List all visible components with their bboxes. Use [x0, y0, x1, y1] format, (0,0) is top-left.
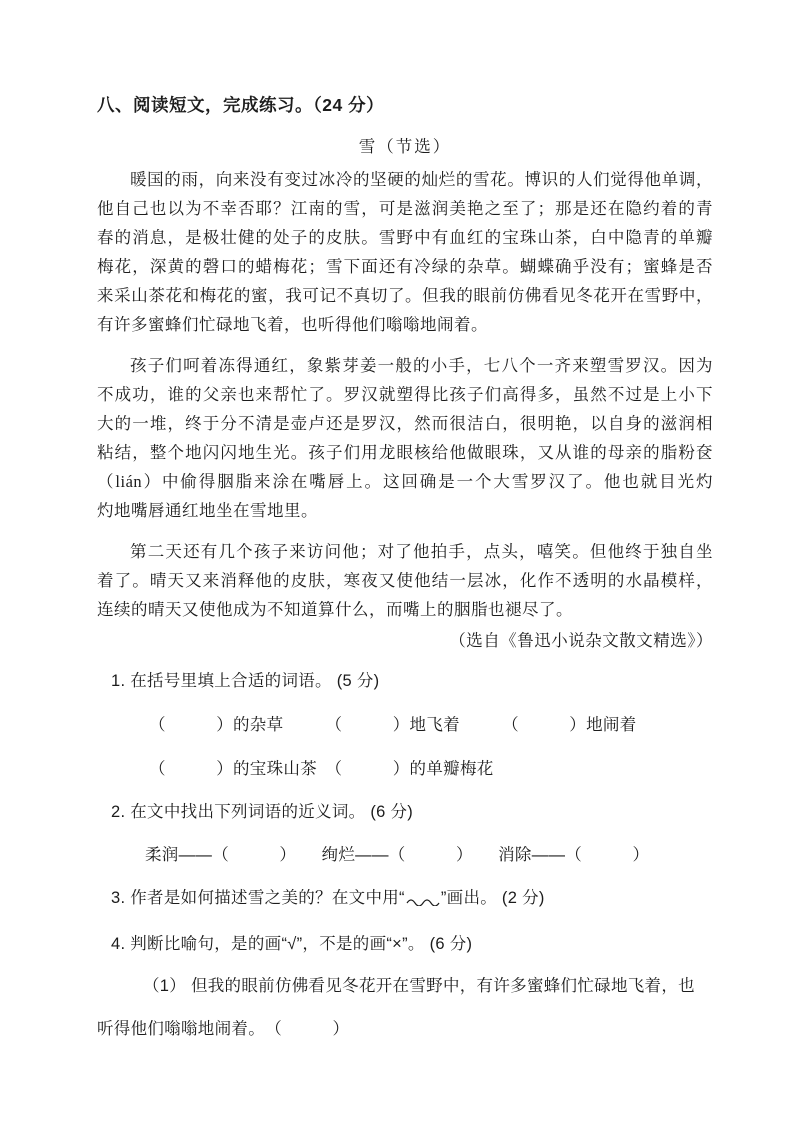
passage-line: 春的消息，是极壮健的处子的皮肤。雪野中有血红的宝珠山茶，白中隐青的单瓣	[97, 223, 713, 252]
passage-line: 大的一堆，终于分不清是壶卢还是罗汉，然而很洁白，很明艳，以自身的滋润相	[97, 409, 713, 438]
passage-line: 不成功，谁的父亲也来帮忙了。罗汉就塑得比孩子们高得多，虽然不过是上小下	[97, 380, 713, 409]
passage-line: 第二天还有几个孩子来访问他；对了他拍手，点头，嘻笑。但他终于独自坐	[97, 537, 713, 566]
question-2-synonyms-row: 柔润——（ ） 绚烂——（ ） 消除——（ ）	[97, 843, 713, 867]
passage-line: 梅花，深黄的磬口的蜡梅花；雪下面还有冷绿的杂草。蝴蝶确乎没有；蜜蜂是否	[97, 252, 713, 281]
question-1-label: 1. 在括号里填上合适的词语。 (5 分)	[97, 669, 713, 693]
passage-line: 来采山茶花和梅花的蜜，我可记不真切了。但我的眼前仿佛看见冬花开在雪野中，	[97, 281, 713, 310]
worksheet-page: 八、阅读短文，完成练习。（24 分） 雪（节选） 暖国的雨，向来没有变过冰冷的坚…	[0, 0, 793, 1122]
passage-line: 粘结，整个地闪闪地生光。孩子们用龙眼核给他做眼珠，又从谁的母亲的脂粉奁	[97, 438, 713, 467]
question-4-label: 4. 判断比喻句，是的画“√”，不是的画“×”。 (6 分)	[97, 932, 713, 956]
question-1-blanks-row-2: （ ）的宝珠山茶 （ ）的单瓣梅花	[97, 757, 713, 781]
passage-paragraph-3: 第二天还有几个孩子来访问他；对了他拍手，点头，嘻笑。但他终于独自坐 着了。晴天又…	[97, 537, 713, 624]
passage-line: 他自己也以为不幸否耶？江南的雪，可是滋润美艳之至了；那是还在隐约着的青	[97, 194, 713, 223]
question-4-item-1-line-2: 听得他们嗡嗡地闹着。 （ ）	[97, 1017, 713, 1041]
question-4-item-1-line-1: （1） 但我的眼前仿佛看见冬花开在雪野中，有许多蜜蜂们忙碌地飞着，也	[97, 974, 713, 998]
question-3-text-before: 3. 作者是如何描述雪之美的？在文中用“	[111, 889, 405, 907]
passage-paragraph-1: 暖国的雨，向来没有变过冰冷的坚硬的灿烂的雪花。博识的人们觉得他单调， 他自己也以…	[97, 165, 713, 339]
worksheet-content: 八、阅读短文，完成练习。（24 分） 雪（节选） 暖国的雨，向来没有变过冰冷的坚…	[97, 0, 713, 1041]
wavy-underline-icon	[406, 889, 440, 913]
question-2-label: 2. 在文中找出下列词语的近义词。 (6 分)	[97, 800, 713, 824]
section-heading: 八、阅读短文，完成练习。（24 分）	[97, 93, 713, 117]
passage-line: 灼地嘴唇通红地坐在雪地里。	[97, 496, 713, 525]
question-3-label: 3. 作者是如何描述雪之美的？在文中用“”画出。 (2 分)	[97, 886, 713, 913]
passage-line: （lián）中偷得胭脂来涂在嘴唇上。这回确是一个大雪罗汉了。他也就目光灼	[97, 467, 713, 496]
passage-attribution: （选自《鲁迅小说杂文散文精选》）	[97, 626, 713, 655]
passage-line: 孩子们呵着冻得通红，象紫芽姜一般的小手，七八个一齐来塑雪罗汉。因为	[97, 351, 713, 380]
passage-line: 着了。晴天又来消释他的皮肤，寒夜又使他结一层冰，化作不透明的水晶模样，	[97, 566, 713, 595]
passage-line: 有许多蜜蜂们忙碌地飞着，也听得他们嗡嗡地闹着。	[97, 310, 713, 339]
passage-paragraph-2: 孩子们呵着冻得通红，象紫芽姜一般的小手，七八个一齐来塑雪罗汉。因为 不成功，谁的…	[97, 351, 713, 525]
question-3-text-after: ”画出。 (2 分)	[441, 889, 545, 907]
question-1-blanks-row-1: （ ）的杂草 （ ）地飞着 （ ）地闹着	[97, 713, 713, 737]
passage-line: 连续的晴天又使他成为不知道算什么，而嘴上的胭脂也褪尽了。	[97, 595, 713, 624]
passage-line: 暖国的雨，向来没有变过冰冷的坚硬的灿烂的雪花。博识的人们觉得他单调，	[97, 165, 713, 194]
passage-title: 雪（节选）	[97, 135, 713, 159]
